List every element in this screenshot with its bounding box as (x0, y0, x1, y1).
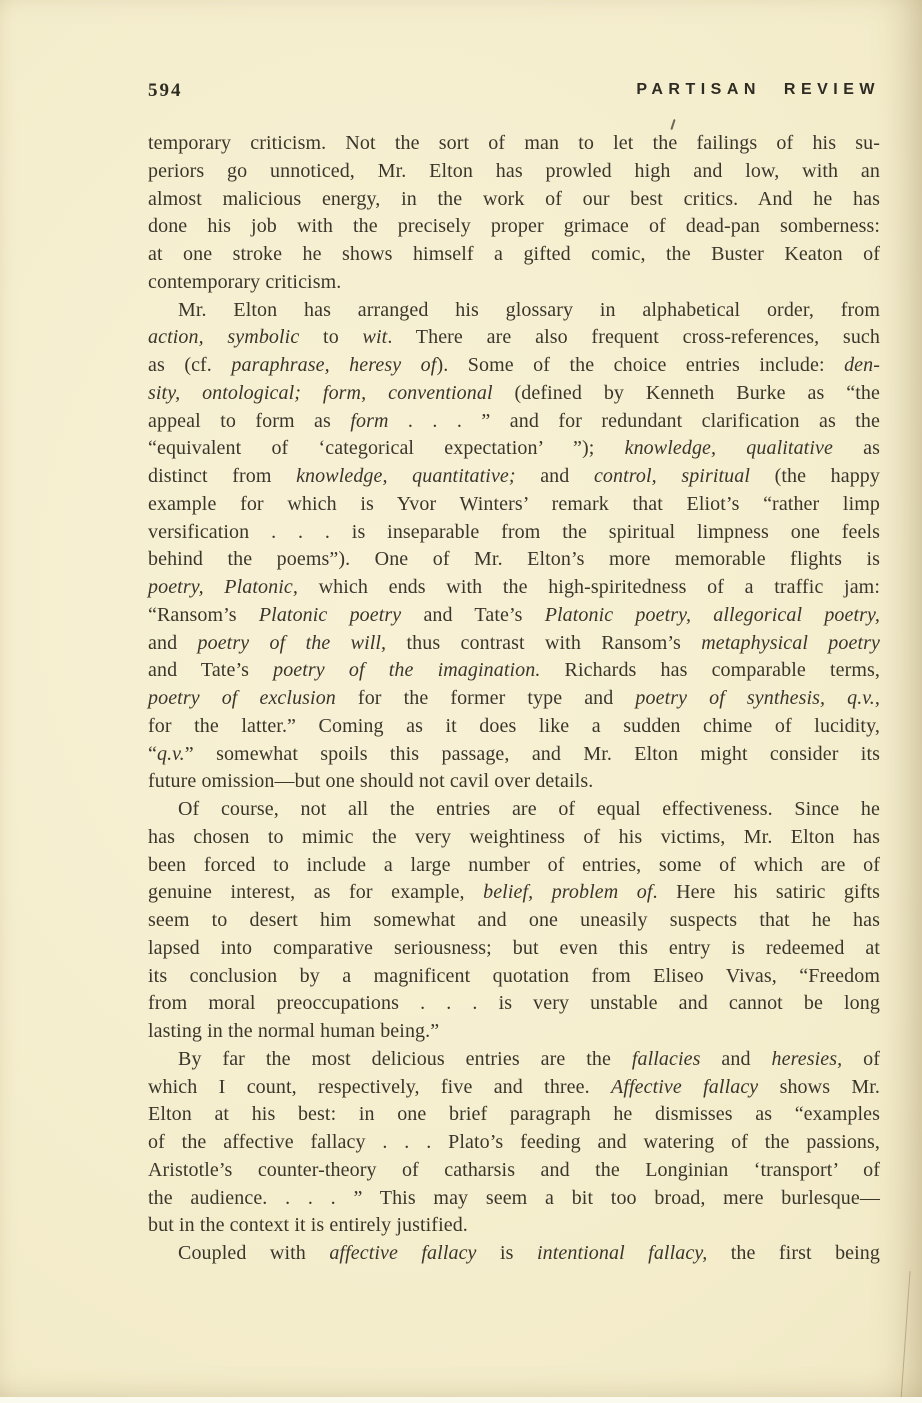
text-line: lasting in the normal human being.” (148, 1018, 880, 1046)
text-line: Aristotle’s counter-theory of catharsis … (148, 1157, 880, 1185)
text-segment: and Tate’s (148, 659, 273, 681)
text-segment: for the latter.” Coming as it does like … (148, 715, 880, 737)
text-segment: from moral preoccupations . . . is very … (148, 992, 880, 1014)
text-segment: heresies, (772, 1048, 843, 1070)
text-line: action, symbolic to wit. There are also … (148, 324, 880, 352)
text-segment: the first being (707, 1242, 880, 1264)
text-segment: but in the context it is entirely justif… (148, 1214, 468, 1236)
text-line: its conclusion by a magnificent quotatio… (148, 963, 880, 991)
text-line: periors go unnoticed, Mr. Elton has prow… (148, 158, 880, 186)
text-segment: seem to desert him somewhat and one unea… (148, 909, 880, 931)
text-segment: to (299, 326, 362, 348)
text-segment: which ends with the high-spiritedness of… (298, 576, 880, 598)
text-line: at one stroke he shows himself a gifted … (148, 241, 880, 269)
text-segment: intentional fallacy, (537, 1242, 707, 1264)
text-line: as (cf. paraphrase, heresy of). Some of … (148, 352, 880, 380)
text-line: and Tate’s poetry of the imagination. Ri… (148, 657, 880, 685)
text-segment: (defined by Kenneth Burke as “the (493, 382, 880, 404)
text-line: “q.v.” somewhat spoils this passage, and… (148, 741, 880, 769)
text-segment: and Tate’s (401, 604, 544, 626)
text-segment: . . . ” and for redundant clarification … (389, 410, 881, 432)
text-line: and poetry of the will, thus contrast wi… (148, 630, 880, 658)
text-segment: affective fallacy (329, 1242, 476, 1264)
text-line: future omission—but one should not cavil… (148, 768, 880, 796)
text-segment: den- (844, 354, 880, 376)
text-segment: poetry of exclusion (148, 687, 336, 709)
text-line: Mr. Elton has arranged his glossary in a… (148, 297, 880, 325)
journal-title: PARTISAN REVIEW (636, 81, 880, 99)
page-crease (900, 1271, 910, 1401)
text-line: appeal to form as form . . . ” and for r… (148, 408, 880, 436)
text-line: for the latter.” Coming as it does like … (148, 713, 880, 741)
page-number: 594 (148, 80, 183, 102)
text-segment: . There are also frequent cross-referenc… (387, 326, 880, 348)
text-line: which I count, respectively, five and th… (148, 1074, 880, 1102)
page-header: 594 PARTISAN REVIEW (148, 80, 880, 104)
text-segment: distinct from (148, 465, 296, 487)
scanned-page: 594 PARTISAN REVIEW temporary criticism.… (0, 0, 922, 1403)
text-segment: Richards has comparable terms, (540, 659, 880, 681)
text-line: poetry of exclusion for the former type … (148, 685, 880, 713)
text-segment: sity, ontological; form, conventional (148, 382, 493, 404)
text-segment: and (516, 465, 594, 487)
text-line: the audience. . . . ” This may seem a bi… (148, 1185, 880, 1213)
text-segment: belief, problem of (483, 881, 652, 903)
text-segment: at one stroke he shows himself a gifted … (148, 243, 880, 265)
text-line: By far the most delicious entries are th… (148, 1046, 880, 1074)
text-segment: as (833, 437, 880, 459)
text-segment: for the former type and (336, 687, 635, 709)
text-segment: thus contrast with Ransom’s (386, 632, 701, 654)
text-segment: poetry of the will, (198, 632, 387, 654)
text-segment: ” somewhat spoils this passage, and Mr. … (185, 743, 880, 765)
text-segment: Of course, not all the entries are of eq… (178, 798, 880, 820)
text-segment: Aristotle’s counter-theory of catharsis … (148, 1159, 880, 1181)
text-segment: fallacies (632, 1048, 701, 1070)
text-segment: poetry of synthesis, q.v., (635, 687, 880, 709)
text-segment: form (350, 410, 388, 432)
text-segment: Elton at his best: in one brief paragrap… (148, 1103, 880, 1125)
text-segment: knowledge, quantitative; (296, 465, 516, 487)
text-line: been forced to include a large number of… (148, 852, 880, 880)
text-line: Of course, not all the entries are of eq… (148, 796, 880, 824)
text-segment: paraphrase, heresy of (231, 354, 436, 376)
text-line: contemporary criticism. (148, 269, 880, 297)
text-line: “Ransom’s Platonic poetry and Tate’s Pla… (148, 602, 880, 630)
text-segment: its conclusion by a magnificent quotatio… (148, 965, 880, 987)
text-segment: is (477, 1242, 537, 1264)
text-segment: the audience. . . . ” This may seem a bi… (148, 1187, 880, 1209)
text-line: done his job with the precisely proper g… (148, 213, 880, 241)
scan-edge-strip (0, 1397, 922, 1403)
text-segment: (the happy (750, 465, 880, 487)
text-segment: wit (363, 326, 388, 348)
text-segment: example for which is Yvor Winters’ remar… (148, 493, 880, 515)
text-line: lapsed into comparative seriousness; but… (148, 935, 880, 963)
text-line: distinct from knowledge, quantitative; a… (148, 463, 880, 491)
text-segment: ). Some of the choice entries include: (436, 354, 844, 376)
text-line: poetry, Platonic, which ends with the hi… (148, 574, 880, 602)
text-segment: appeal to form as (148, 410, 350, 432)
text-segment: . Here his satiric gifts (653, 881, 880, 903)
text-line: Elton at his best: in one brief paragrap… (148, 1101, 880, 1129)
text-segment: contemporary criticism. (148, 271, 341, 293)
text-segment: done his job with the precisely proper g… (148, 215, 880, 237)
text-line: of the affective fallacy . . . Plato’s f… (148, 1129, 880, 1157)
text-segment: as (cf. (148, 354, 231, 376)
text-segment: poetry of the imagination. (273, 659, 540, 681)
text-segment: has chosen to mimic the very weightiness… (148, 826, 880, 848)
text-segment: future omission—but one should not cavil… (148, 770, 593, 792)
text-line: example for which is Yvor Winters’ remar… (148, 491, 880, 519)
text-segment: Platonic poetry (259, 604, 401, 626)
text-segment: periors go unnoticed, Mr. Elton has prow… (148, 160, 880, 182)
text-line: sity, ontological; form, conventional (d… (148, 380, 880, 408)
text-segment: Affective fallacy (611, 1076, 758, 1098)
text-segment: q.v. (157, 743, 185, 765)
text-segment: metaphysical poetry (701, 632, 880, 654)
scan-artifact-mark (670, 119, 675, 130)
text-segment: and (148, 632, 198, 654)
text-segment: lapsed into comparative seriousness; but… (148, 937, 880, 959)
text-line: but in the context it is entirely justif… (148, 1212, 880, 1240)
text-segment: versification . . . is inseparable from … (148, 521, 880, 543)
text-line: has chosen to mimic the very weightiness… (148, 824, 880, 852)
text-segment: “ (148, 743, 157, 765)
text-line: versification . . . is inseparable from … (148, 519, 880, 547)
text-segment: control, spiritual (594, 465, 750, 487)
text-segment: almost malicious energy, in the work of … (148, 188, 880, 210)
text-segment: genuine interest, as for example, (148, 881, 483, 903)
text-segment: knowledge, qualitative (625, 437, 833, 459)
text-segment: of (842, 1048, 880, 1070)
text-line: temporary criticism. Not the sort of man… (148, 130, 880, 158)
text-line: Coupled with affective fallacy is intent… (148, 1240, 880, 1268)
text-segment: behind the poems”). One of Mr. Elton’s m… (148, 548, 880, 570)
text-line: behind the poems”). One of Mr. Elton’s m… (148, 546, 880, 574)
text-segment: and (701, 1048, 772, 1070)
text-segment: “Ransom’s (148, 604, 259, 626)
text-line: “equivalent of ‘categorical expectation’… (148, 435, 880, 463)
text-segment: shows Mr. (758, 1076, 880, 1098)
body-text: temporary criticism. Not the sort of man… (148, 130, 880, 1268)
text-line: almost malicious energy, in the work of … (148, 186, 880, 214)
text-segment: By far the most delicious entries are th… (178, 1048, 632, 1070)
text-segment: of the affective fallacy . . . Plato’s f… (148, 1131, 880, 1153)
text-segment: been forced to include a large number of… (148, 854, 880, 876)
text-line: seem to desert him somewhat and one unea… (148, 907, 880, 935)
text-line: from moral preoccupations . . . is very … (148, 990, 880, 1018)
text-segment: which I count, respectively, five and th… (148, 1076, 611, 1098)
text-segment: lasting in the normal human being.” (148, 1020, 439, 1042)
text-segment: temporary criticism. Not the sort of man… (148, 132, 880, 154)
text-segment: “equivalent of ‘categorical expectation’… (148, 437, 625, 459)
text-segment: poetry, Platonic, (148, 576, 298, 598)
text-segment: action, symbolic (148, 326, 299, 348)
text-line: genuine interest, as for example, belief… (148, 879, 880, 907)
text-segment: Mr. Elton has arranged his glossary in a… (178, 299, 880, 321)
text-segment: Platonic poetry, allegorical poetry, (545, 604, 880, 626)
text-segment: Coupled with (178, 1242, 329, 1264)
